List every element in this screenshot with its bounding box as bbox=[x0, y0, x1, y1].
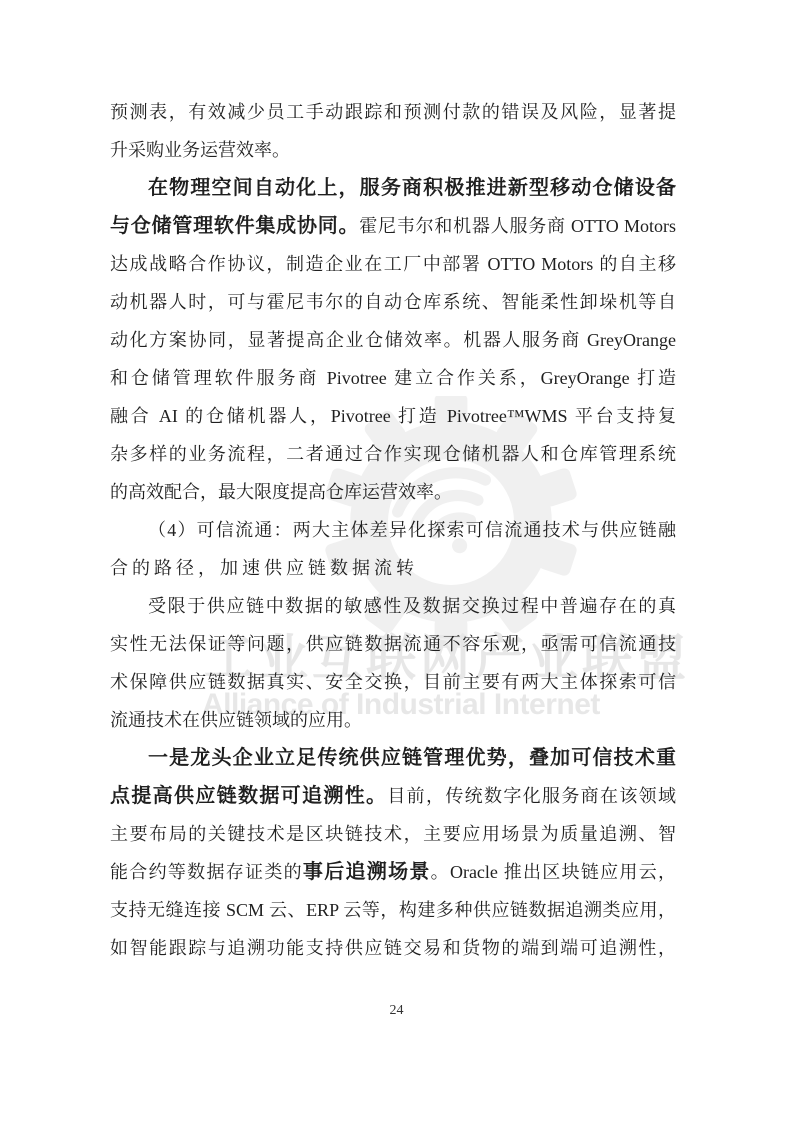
text-line: 支持无缝连接 SCM 云、ERP 云等，构建多种供应链数据追溯类应用， bbox=[110, 891, 676, 929]
text-line: 达成战略合作协议，制造企业在工厂中部署 OTTO Motors 的自主移 bbox=[110, 245, 676, 283]
text-line: 主要布局的关键技术是区块链技术，主要应用场景为质量追溯、智 bbox=[110, 815, 676, 853]
text-line: 杂多样的业务流程，二者通过合作实现仓储机器人和仓库管理系统 bbox=[110, 435, 676, 473]
text-line: （4）可信流通：两大主体差异化探索可信流通技术与供应链融 bbox=[110, 511, 676, 549]
text-run: 预测表，有效减少员工手动跟踪和预测付款的错误及风险，显著提 bbox=[110, 102, 676, 122]
text-run: 。Oracle 推出区块链应用云， bbox=[431, 862, 676, 882]
text-run: 主要布局的关键技术是区块链技术，主要应用场景为质量追溯、智 bbox=[110, 824, 676, 844]
text-line: 合的路径，加速供应链数据流转 bbox=[110, 549, 676, 587]
text-run: 和仓储管理软件服务商 Pivotree 建立合作关系，GreyOrange 打造 bbox=[110, 368, 676, 388]
text-run: 实性无法保证等问题，供应链数据流通不容乐观，亟需可信流通技 bbox=[110, 634, 676, 654]
text-line: 升采购业务运营效率。 bbox=[110, 131, 676, 169]
text-run: 升采购业务运营效率。 bbox=[110, 140, 290, 160]
document-page: 工业互联网产业联盟 Alliance of Industrial Interne… bbox=[0, 0, 793, 1123]
text-run: 动化方案协同，显著提高企业仓储效率。机器人服务商 GreyOrange bbox=[110, 330, 676, 350]
text-line: 受限于供应链中数据的敏感性及数据交换过程中普遍存在的真 bbox=[110, 587, 676, 625]
document-lines: 预测表，有效减少员工手动跟踪和预测付款的错误及风险，显著提升采购业务运营效率。在… bbox=[110, 93, 676, 967]
text-run: 动机器人时，可与霍尼韦尔的自动仓库系统、智能柔性卸垛机等自 bbox=[110, 292, 676, 312]
text-line: 能合约等数据存证类的事后追溯场景。Oracle 推出区块链应用云， bbox=[110, 853, 676, 891]
bold-text-run: 一是龙头企业立足传统供应链管理优势，叠加可信技术重 bbox=[148, 747, 676, 769]
text-line: 动机器人时，可与霍尼韦尔的自动仓库系统、智能柔性卸垛机等自 bbox=[110, 283, 676, 321]
text-line: 融合 AI 的仓储机器人，Pivotree 打造 Pivotree™WMS 平台… bbox=[110, 397, 676, 435]
text-run: 流通技术在供应链领域的应用。 bbox=[110, 710, 362, 730]
text-line: 点提高供应链数据可追溯性。目前，传统数字化服务商在该领域 bbox=[110, 777, 676, 815]
text-run: 合的路径，加速供应链数据流转 bbox=[110, 558, 418, 578]
text-line: 与仓储管理软件集成协同。霍尼韦尔和机器人服务商 OTTO Motors bbox=[110, 207, 676, 245]
text-line: 术保障供应链数据真实、安全交换，目前主要有两大主体探索可信 bbox=[110, 663, 676, 701]
text-run: 能合约等数据存证类的 bbox=[110, 862, 303, 882]
text-line: 预测表，有效减少员工手动跟踪和预测付款的错误及风险，显著提 bbox=[110, 93, 676, 131]
text-run: 杂多样的业务流程，二者通过合作实现仓储机器人和仓库管理系统 bbox=[110, 444, 676, 464]
text-line: 和仓储管理软件服务商 Pivotree 建立合作关系，GreyOrange 打造 bbox=[110, 359, 676, 397]
text-run: 术保障供应链数据真实、安全交换，目前主要有两大主体探索可信 bbox=[110, 672, 676, 692]
text-run: 目前，传统数字化服务商在该领域 bbox=[387, 786, 676, 806]
text-line: 如智能跟踪与追溯功能支持供应链交易和货物的端到端可追溯性， bbox=[110, 929, 676, 967]
bold-text-run: 在物理空间自动化上，服务商积极推进新型移动仓储设备 bbox=[148, 177, 676, 199]
text-run: 的高效配合，最大限度提高仓库运营效率。 bbox=[110, 482, 452, 502]
text-run: 受限于供应链中数据的敏感性及数据交换过程中普遍存在的真 bbox=[148, 596, 676, 616]
text-line: 一是龙头企业立足传统供应链管理优势，叠加可信技术重 bbox=[110, 739, 676, 777]
bold-text-run: 与仓储管理软件集成协同。 bbox=[110, 215, 359, 237]
text-line: 动化方案协同，显著提高企业仓储效率。机器人服务商 GreyOrange bbox=[110, 321, 676, 359]
text-run: 支持无缝连接 SCM 云、ERP 云等，构建多种供应链数据追溯类应用， bbox=[110, 900, 676, 920]
text-run: 融合 AI 的仓储机器人，Pivotree 打造 Pivotree™WMS 平台… bbox=[110, 406, 676, 426]
text-run: 霍尼韦尔和机器人服务商 OTTO Motors bbox=[359, 216, 676, 236]
text-run: 达成战略合作协议，制造企业在工厂中部署 OTTO Motors 的自主移 bbox=[110, 254, 676, 274]
text-line: 在物理空间自动化上，服务商积极推进新型移动仓储设备 bbox=[110, 169, 676, 207]
text-line: 的高效配合，最大限度提高仓库运营效率。 bbox=[110, 473, 676, 511]
text-line: 流通技术在供应链领域的应用。 bbox=[110, 701, 676, 739]
text-line: 实性无法保证等问题，供应链数据流通不容乐观，亟需可信流通技 bbox=[110, 625, 676, 663]
page-number: 24 bbox=[0, 1003, 793, 1019]
text-run: 如智能跟踪与追溯功能支持供应链交易和货物的端到端可追溯性， bbox=[110, 938, 676, 958]
text-run: （4）可信流通：两大主体差异化探索可信流通技术与供应链融 bbox=[148, 520, 676, 540]
bold-text-run: 事后追溯场景 bbox=[303, 861, 431, 883]
bold-text-run: 点提高供应链数据可追溯性。 bbox=[110, 785, 387, 807]
